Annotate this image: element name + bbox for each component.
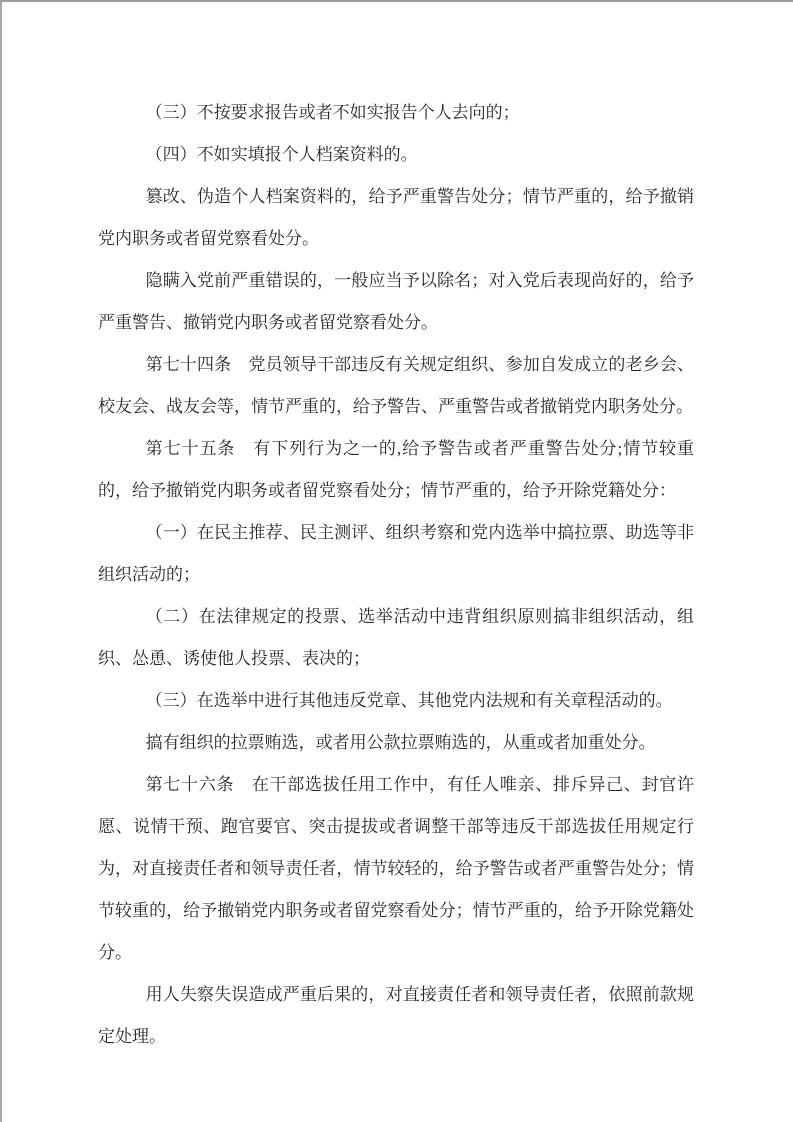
paragraph-body: 用人失察失误造成严重后果的，对直接责任者和领导责任者，依照前款规定处理。 [98, 974, 694, 1058]
document-page: （三）不按要求报告或者不如实报告个人去向的； （四）不如实填报个人档案资料的。 … [0, 0, 793, 1122]
paragraph-item-4: （四）不如实填报个人档案资料的。 [98, 134, 694, 176]
paragraph-article-74: 第七十四条 党员领导干部违反有关规定组织、参加自发成立的老乡会、校友会、战友会等… [98, 344, 694, 428]
paragraph-item-3b: （三）在选举中进行其他违反党章、其他党内法规和有关章程活动的。 [98, 680, 694, 722]
paragraph-item-2: （二）在法律规定的投票、选举活动中违背组织原则搞非组织活动，组织、怂恿、诱使他人… [98, 596, 694, 680]
paragraph-article-76: 第七十六条 在干部选拔任用工作中，有任人唯亲、排斥异己、封官许愿、说情干预、跑官… [98, 764, 694, 974]
document-content: （三）不按要求报告或者不如实报告个人去向的； （四）不如实填报个人档案资料的。 … [2, 2, 793, 1058]
paragraph-body: 篡改、伪造个人档案资料的，给予严重警告处分；情节严重的，给予撤销党内职务或者留党… [98, 176, 694, 260]
paragraph-item-1: （一）在民主推荐、民主测评、组织考察和党内选举中搞拉票、助选等非组织活动的； [98, 512, 694, 596]
paragraph-body: 搞有组织的拉票贿选，或者用公款拉票贿选的，从重或者加重处分。 [98, 722, 694, 764]
paragraph-article-75: 第七十五条 有下列行为之一的,给予警告或者严重警告处分;情节较重的，给予撤销党内… [98, 428, 694, 512]
paragraph-item-3: （三）不按要求报告或者不如实报告个人去向的； [98, 92, 694, 134]
paragraph-body: 隐瞒入党前严重错误的，一般应当予以除名；对入党后表现尚好的，给予严重警告、撤销党… [98, 260, 694, 344]
